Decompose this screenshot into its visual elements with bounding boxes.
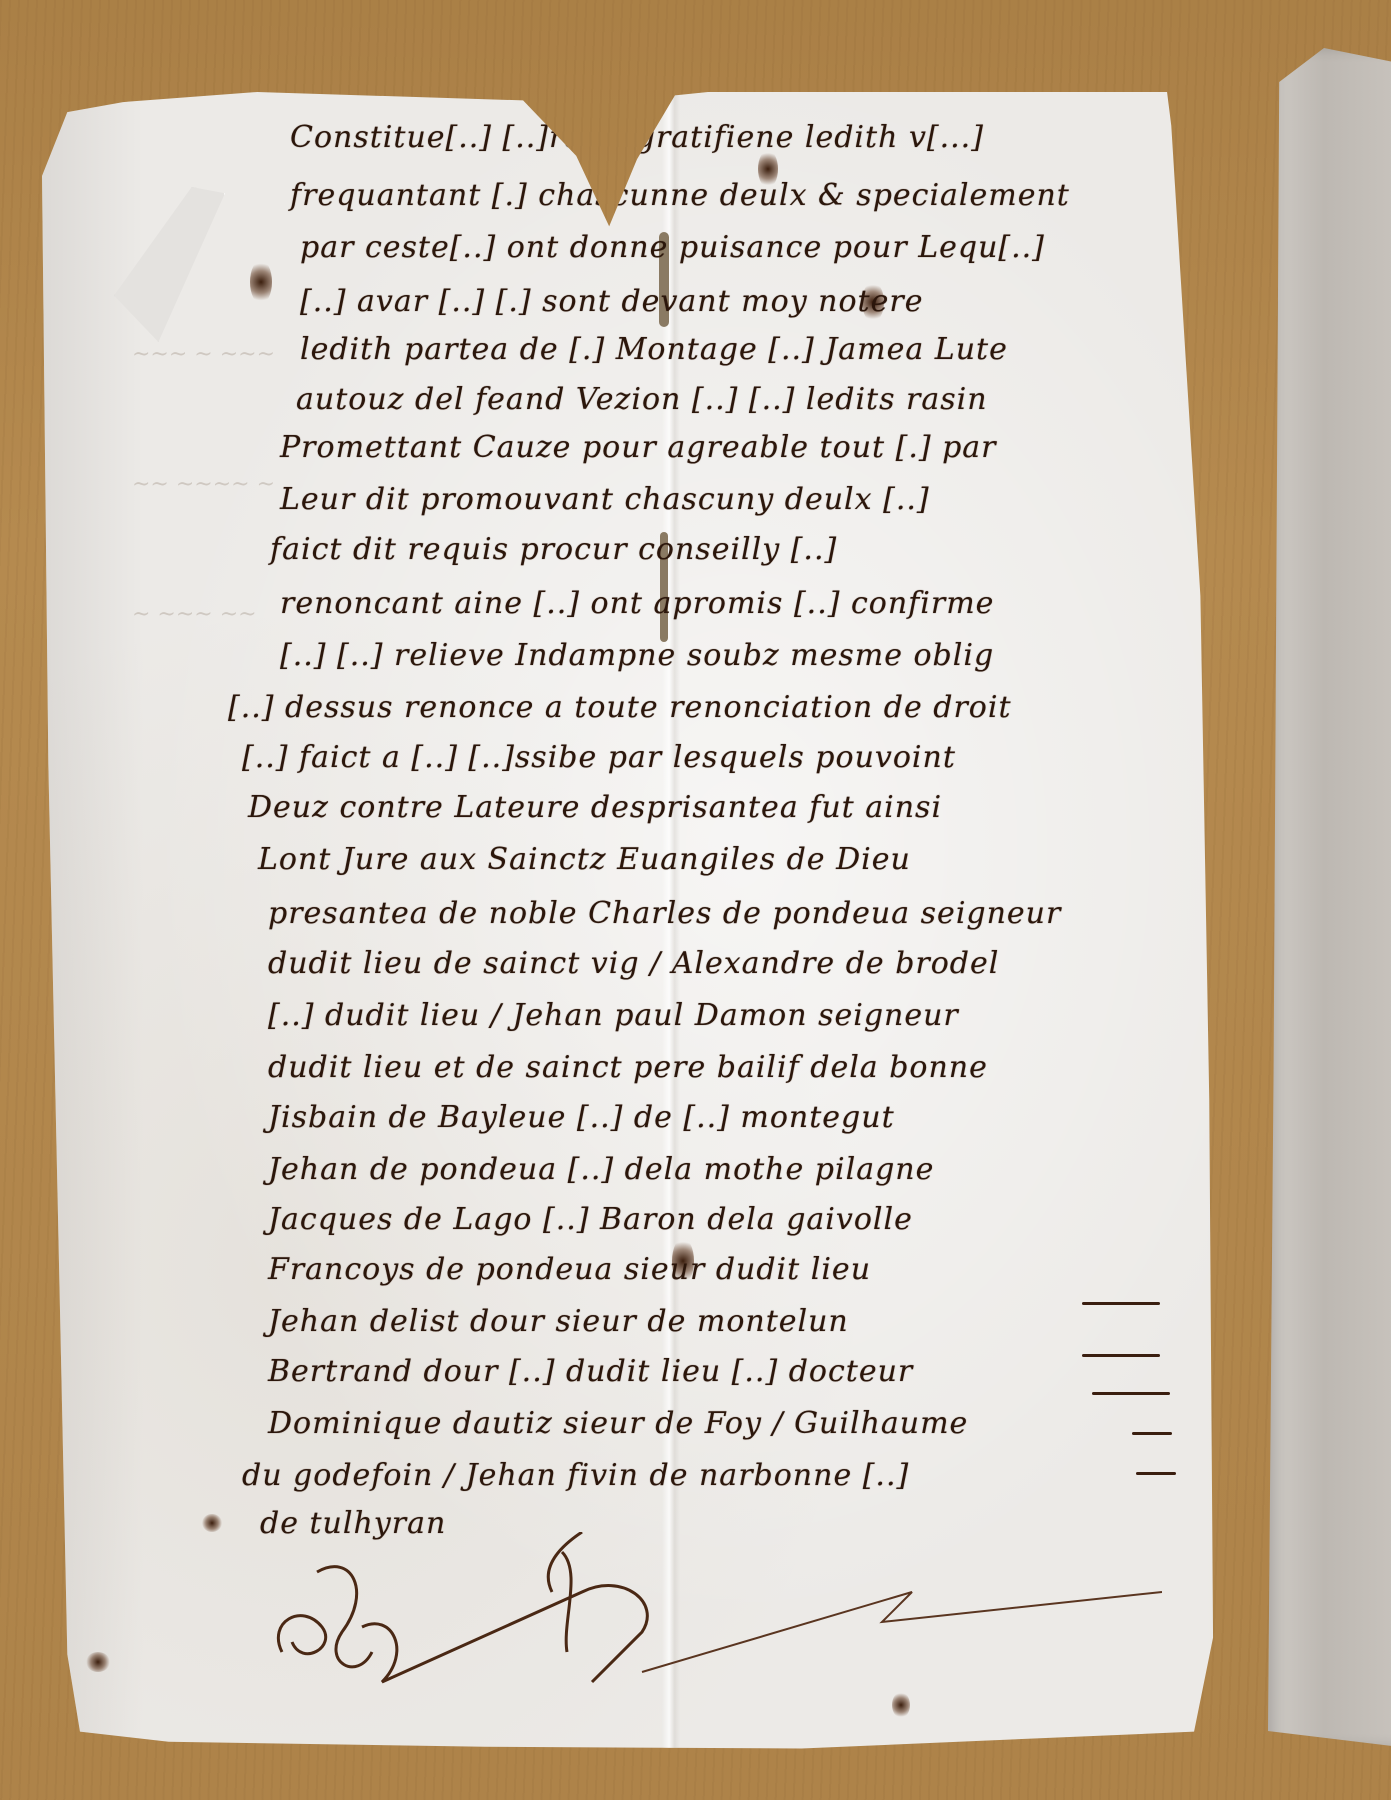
underlying-page-leaf [1268, 48, 1391, 1748]
line-filler-dash [1082, 1302, 1160, 1305]
line-filler-dash [1136, 1472, 1176, 1475]
bleed-through-text: ~ ~~~ ~~ [132, 602, 257, 627]
manuscript-line: Jehan de pondeua [..] dela mothe pilagne [268, 1152, 934, 1187]
manuscript-line: [..] faict a [..] [..]ssibe par lesquels… [242, 740, 956, 775]
manuscript-line: Deuz contre Lateure desprisantea fut ain… [248, 790, 942, 825]
manuscript-line: [..] avar [..] [.] sont devant moy noter… [300, 284, 923, 319]
manuscript-line: Jehan delist dour sieur de montelun [268, 1304, 849, 1339]
manuscript-line: autouz del feand Vezion [..] [..] ledits… [296, 382, 988, 417]
manuscript-page: ~~~ ~ ~~~ ~~ ~~~~ ~ ~ ~~~ ~~ Constitue[.… [42, 92, 1308, 1772]
ink-blot [86, 1652, 110, 1672]
manuscript-line: ledith partea de [.] Montage [..] Jamea … [300, 332, 1008, 367]
manuscript-line: du godefoin / Jehan fivin de narbonne [.… [242, 1458, 909, 1493]
manuscript-line: [..] dudit lieu / Jehan paul Damon seign… [268, 998, 959, 1033]
manuscript-line: frequantant [.] chascunne deulx & specia… [290, 178, 1070, 213]
ink-blot [250, 260, 272, 304]
manuscript-line: Promettant Cauze pour agreable tout [.] … [280, 430, 997, 465]
manuscript-line: par ceste[..] ont donne puisance pour Le… [300, 230, 1045, 265]
manuscript-line: Jisbain de Bayleue [..] de [..] montegut [268, 1100, 895, 1135]
manuscript-line: Jacques de Lago [..] Baron dela gaivolle [268, 1202, 913, 1237]
ink-blot [202, 1514, 222, 1532]
manuscript-line: Francoys de pondeua sieur dudit lieu [268, 1252, 871, 1287]
manuscript-line: presantea de noble Charles de pondeua se… [268, 896, 1061, 931]
manuscript-line: dudit lieu de sainct vig / Alexandre de … [268, 946, 999, 981]
line-filler-dash [1132, 1432, 1172, 1435]
bleed-through-text: ~~ ~~~~ ~ [132, 472, 275, 497]
line-filler-dash [1092, 1392, 1170, 1395]
manuscript-line: Dominique dautiz sieur de Foy / Guilhaum… [268, 1406, 968, 1441]
manuscript-line: renoncant aine [..] ont apromis [..] con… [280, 586, 994, 621]
manuscript-line: Lont Jure aux Sainctz Euangiles de Dieu [258, 842, 911, 877]
folded-corner [114, 187, 225, 342]
manuscript-line: [..] dessus renonce a toute renonciation… [228, 690, 1012, 725]
manuscript-line: Leur dit promouvant chascuny deulx [..] [280, 482, 930, 517]
signature-flourish [262, 1532, 1162, 1702]
bleed-through-text: ~~~ ~ ~~~ [132, 342, 275, 367]
manuscript-line: faict dit requis procur conseilly [..] [270, 532, 837, 567]
manuscript-line: Bertrand dour [..] dudit lieu [..] docte… [268, 1354, 913, 1389]
manuscript-line: dudit lieu et de sainct pere bailif dela… [268, 1050, 988, 1085]
manuscript-line: [..] [..] relieve Indampne soubz mesme o… [280, 638, 994, 673]
line-filler-dash [1082, 1354, 1160, 1357]
